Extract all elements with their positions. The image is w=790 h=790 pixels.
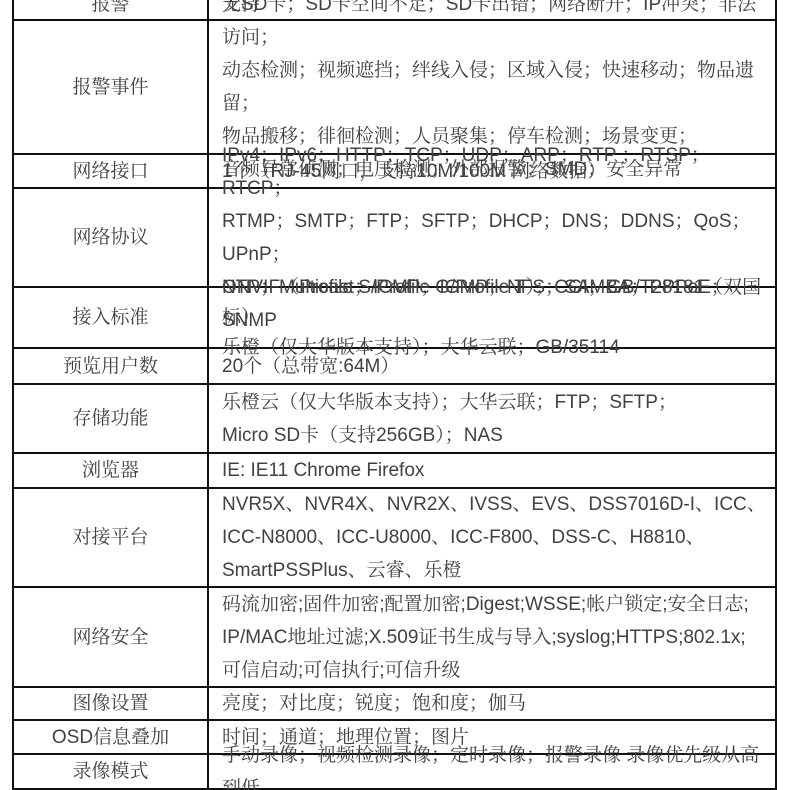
spec-value: 码流加密;固件加密;配置加密;Digest;WSSE;帐户锁定;安全日志; IP… bbox=[209, 588, 775, 686]
spec-label: 预览用户数 bbox=[14, 349, 209, 383]
spec-label: 网络协议 bbox=[14, 189, 209, 286]
table-row-storage-functions: 存储功能 乐橙云（仅大华版本支持）；大华云联；FTP；SFTP； Micro S… bbox=[14, 383, 775, 452]
spec-value: IE: IE11 Chrome Firefox bbox=[209, 454, 775, 487]
table-row-platform-integration: 对接平台 NVR5X、NVR4X、NVR2X、IVSS、EVS、DSS7016D… bbox=[14, 487, 775, 586]
spec-value: IPv4；IPv6；HTTP；TCP；UDP；ARP；RTP ；RTSP；RTC… bbox=[209, 189, 775, 286]
spec-label: 报警 bbox=[14, 0, 209, 19]
spec-label: 浏览器 bbox=[14, 454, 209, 487]
spec-label: 存储功能 bbox=[14, 385, 209, 452]
spec-table: 报警 支持 报警事件 无SD卡；SD卡空间不足；SD卡出错；网络断开；IP冲突；… bbox=[12, 0, 777, 790]
spec-value: 亮度；对比度；锐度；饱和度；伽马 bbox=[209, 688, 775, 719]
spec-label: 接入标准 bbox=[14, 288, 209, 347]
table-row-access-standards: 接入标准 ONVIF（Profile S/Profile G/Profile T… bbox=[14, 286, 775, 347]
spec-label: 录像模式 bbox=[14, 755, 209, 788]
spec-value: 手动录像；视频检测录像；定时录像；报警录像 录像优先级从高到低 bbox=[209, 755, 775, 788]
spec-label: 网络接口 bbox=[14, 155, 209, 187]
spec-label: 报警事件 bbox=[14, 21, 209, 153]
table-row-network-protocols: 网络协议 IPv4；IPv6；HTTP；TCP；UDP；ARP；RTP ；RTS… bbox=[14, 187, 775, 286]
spec-label: 网络安全 bbox=[14, 588, 209, 686]
spec-value: 无SD卡；SD卡空间不足；SD卡出错；网络断开；IP冲突；非法访问； 动态检测；… bbox=[209, 21, 775, 153]
table-row-recording-mode: 录像模式 手动录像；视频检测录像；定时录像；报警录像 录像优先级从高到低 bbox=[14, 753, 775, 788]
table-row-alarm-events: 报警事件 无SD卡；SD卡空间不足；SD卡出错；网络断开；IP冲突；非法访问； … bbox=[14, 19, 775, 153]
spec-value: NVR5X、NVR4X、NVR2X、IVSS、EVS、DSS7016D-I、IC… bbox=[209, 489, 775, 586]
table-row-preview-users: 预览用户数 20个（总带宽:64M） bbox=[14, 347, 775, 383]
spec-label: 对接平台 bbox=[14, 489, 209, 586]
spec-value: 20个（总带宽:64M） bbox=[209, 349, 775, 383]
spec-label: OSD信息叠加 bbox=[14, 721, 209, 753]
table-row-network-security: 网络安全 码流加密;固件加密;配置加密;Digest;WSSE;帐户锁定;安全日… bbox=[14, 586, 775, 686]
table-row-browser: 浏览器 IE: IE11 Chrome Firefox bbox=[14, 452, 775, 487]
table-row-image-settings: 图像设置 亮度；对比度；锐度；饱和度；伽马 bbox=[14, 686, 775, 719]
spec-value: ONVIF（Profile S/Profile G/Profile T）；CGI… bbox=[209, 288, 775, 347]
spec-value: 乐橙云（仅大华版本支持）；大华云联；FTP；SFTP； Micro SD卡（支持… bbox=[209, 385, 775, 452]
spec-label: 图像设置 bbox=[14, 688, 209, 719]
